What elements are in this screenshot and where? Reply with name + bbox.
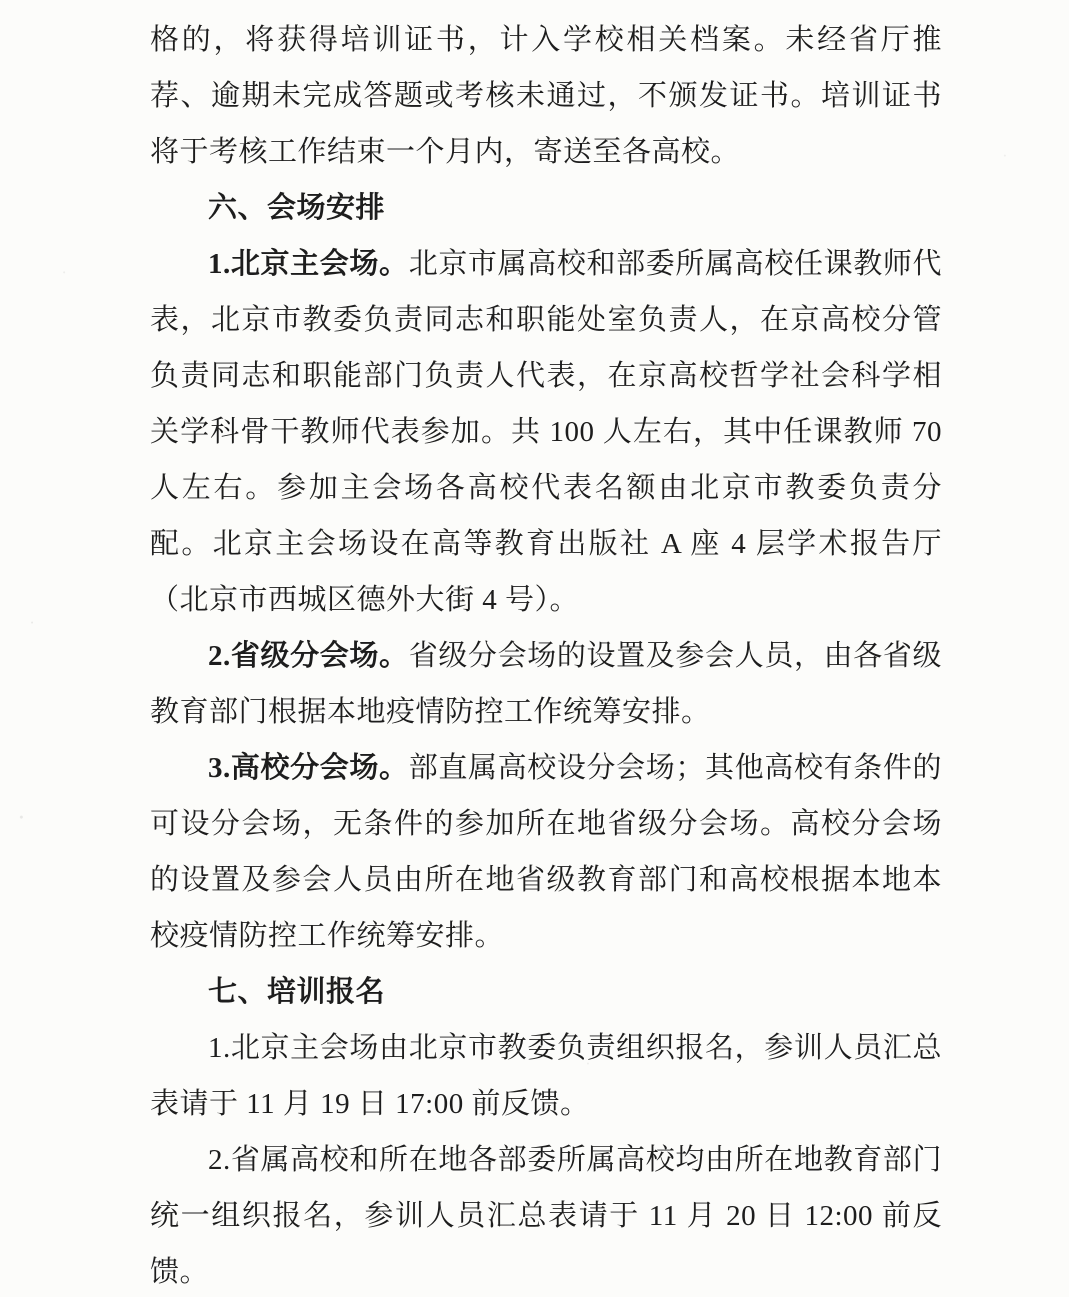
paragraph-text: 2.省属高校和所在地各部委所属高校均由所在地教育部门统一组织报名，参训人员汇总表… xyxy=(150,1144,942,1288)
paragraph-university-branch-venue: 3.高校分会场。部直属高校设分会场；其他高校有条件的可设分会场，无条件的参加所在… xyxy=(150,740,942,964)
section-heading-venue-arrangement: 六、会场安排 xyxy=(150,180,942,236)
heading-text: 六、会场安排 xyxy=(208,192,385,224)
paragraph-beijing-registration: 1.北京主会场由北京市教委负责组织报名，参训人员汇总表请于 11 月 19 日 … xyxy=(150,1020,942,1132)
paragraph-lead: 2.省级分会场。 xyxy=(208,640,409,672)
paragraph-provincial-registration: 2.省属高校和所在地各部委所属高校均由所在地教育部门统一组织报名，参训人员汇总表… xyxy=(150,1132,942,1297)
continuation-paragraph: 格的，将获得培训证书，计入学校相关档案。未经省厅推荐、逾期未完成答题或考核未通过… xyxy=(150,12,942,180)
paragraph-lead: 3.高校分会场。 xyxy=(208,752,409,784)
document-body: 格的，将获得培训证书，计入学校相关档案。未经省厅推荐、逾期未完成答题或考核未通过… xyxy=(150,12,942,1297)
document-page: 格的，将获得培训证书，计入学校相关档案。未经省厅推荐、逾期未完成答题或考核未通过… xyxy=(0,0,1069,1297)
heading-text: 七、培训报名 xyxy=(208,976,385,1008)
paragraph-beijing-main-venue: 1.北京主会场。北京市属高校和部委所属高校任课教师代表，北京市教委负责同志和职能… xyxy=(150,236,942,628)
paragraph-text: 1.北京主会场由北京市教委负责组织报名，参训人员汇总表请于 11 月 19 日 … xyxy=(150,1032,942,1120)
paragraph-text: 北京市属高校和部委所属高校任课教师代表，北京市教委负责同志和职能处室负责人，在京… xyxy=(150,248,942,616)
paragraph-lead: 1.北京主会场。 xyxy=(208,248,409,280)
paragraph-provincial-branch-venue: 2.省级分会场。省级分会场的设置及参会人员，由各省级教育部门根据本地疫情防控工作… xyxy=(150,628,942,740)
paragraph-text: 格的，将获得培训证书，计入学校相关档案。未经省厅推荐、逾期未完成答题或考核未通过… xyxy=(150,24,942,168)
section-heading-training-registration: 七、培训报名 xyxy=(150,964,942,1020)
